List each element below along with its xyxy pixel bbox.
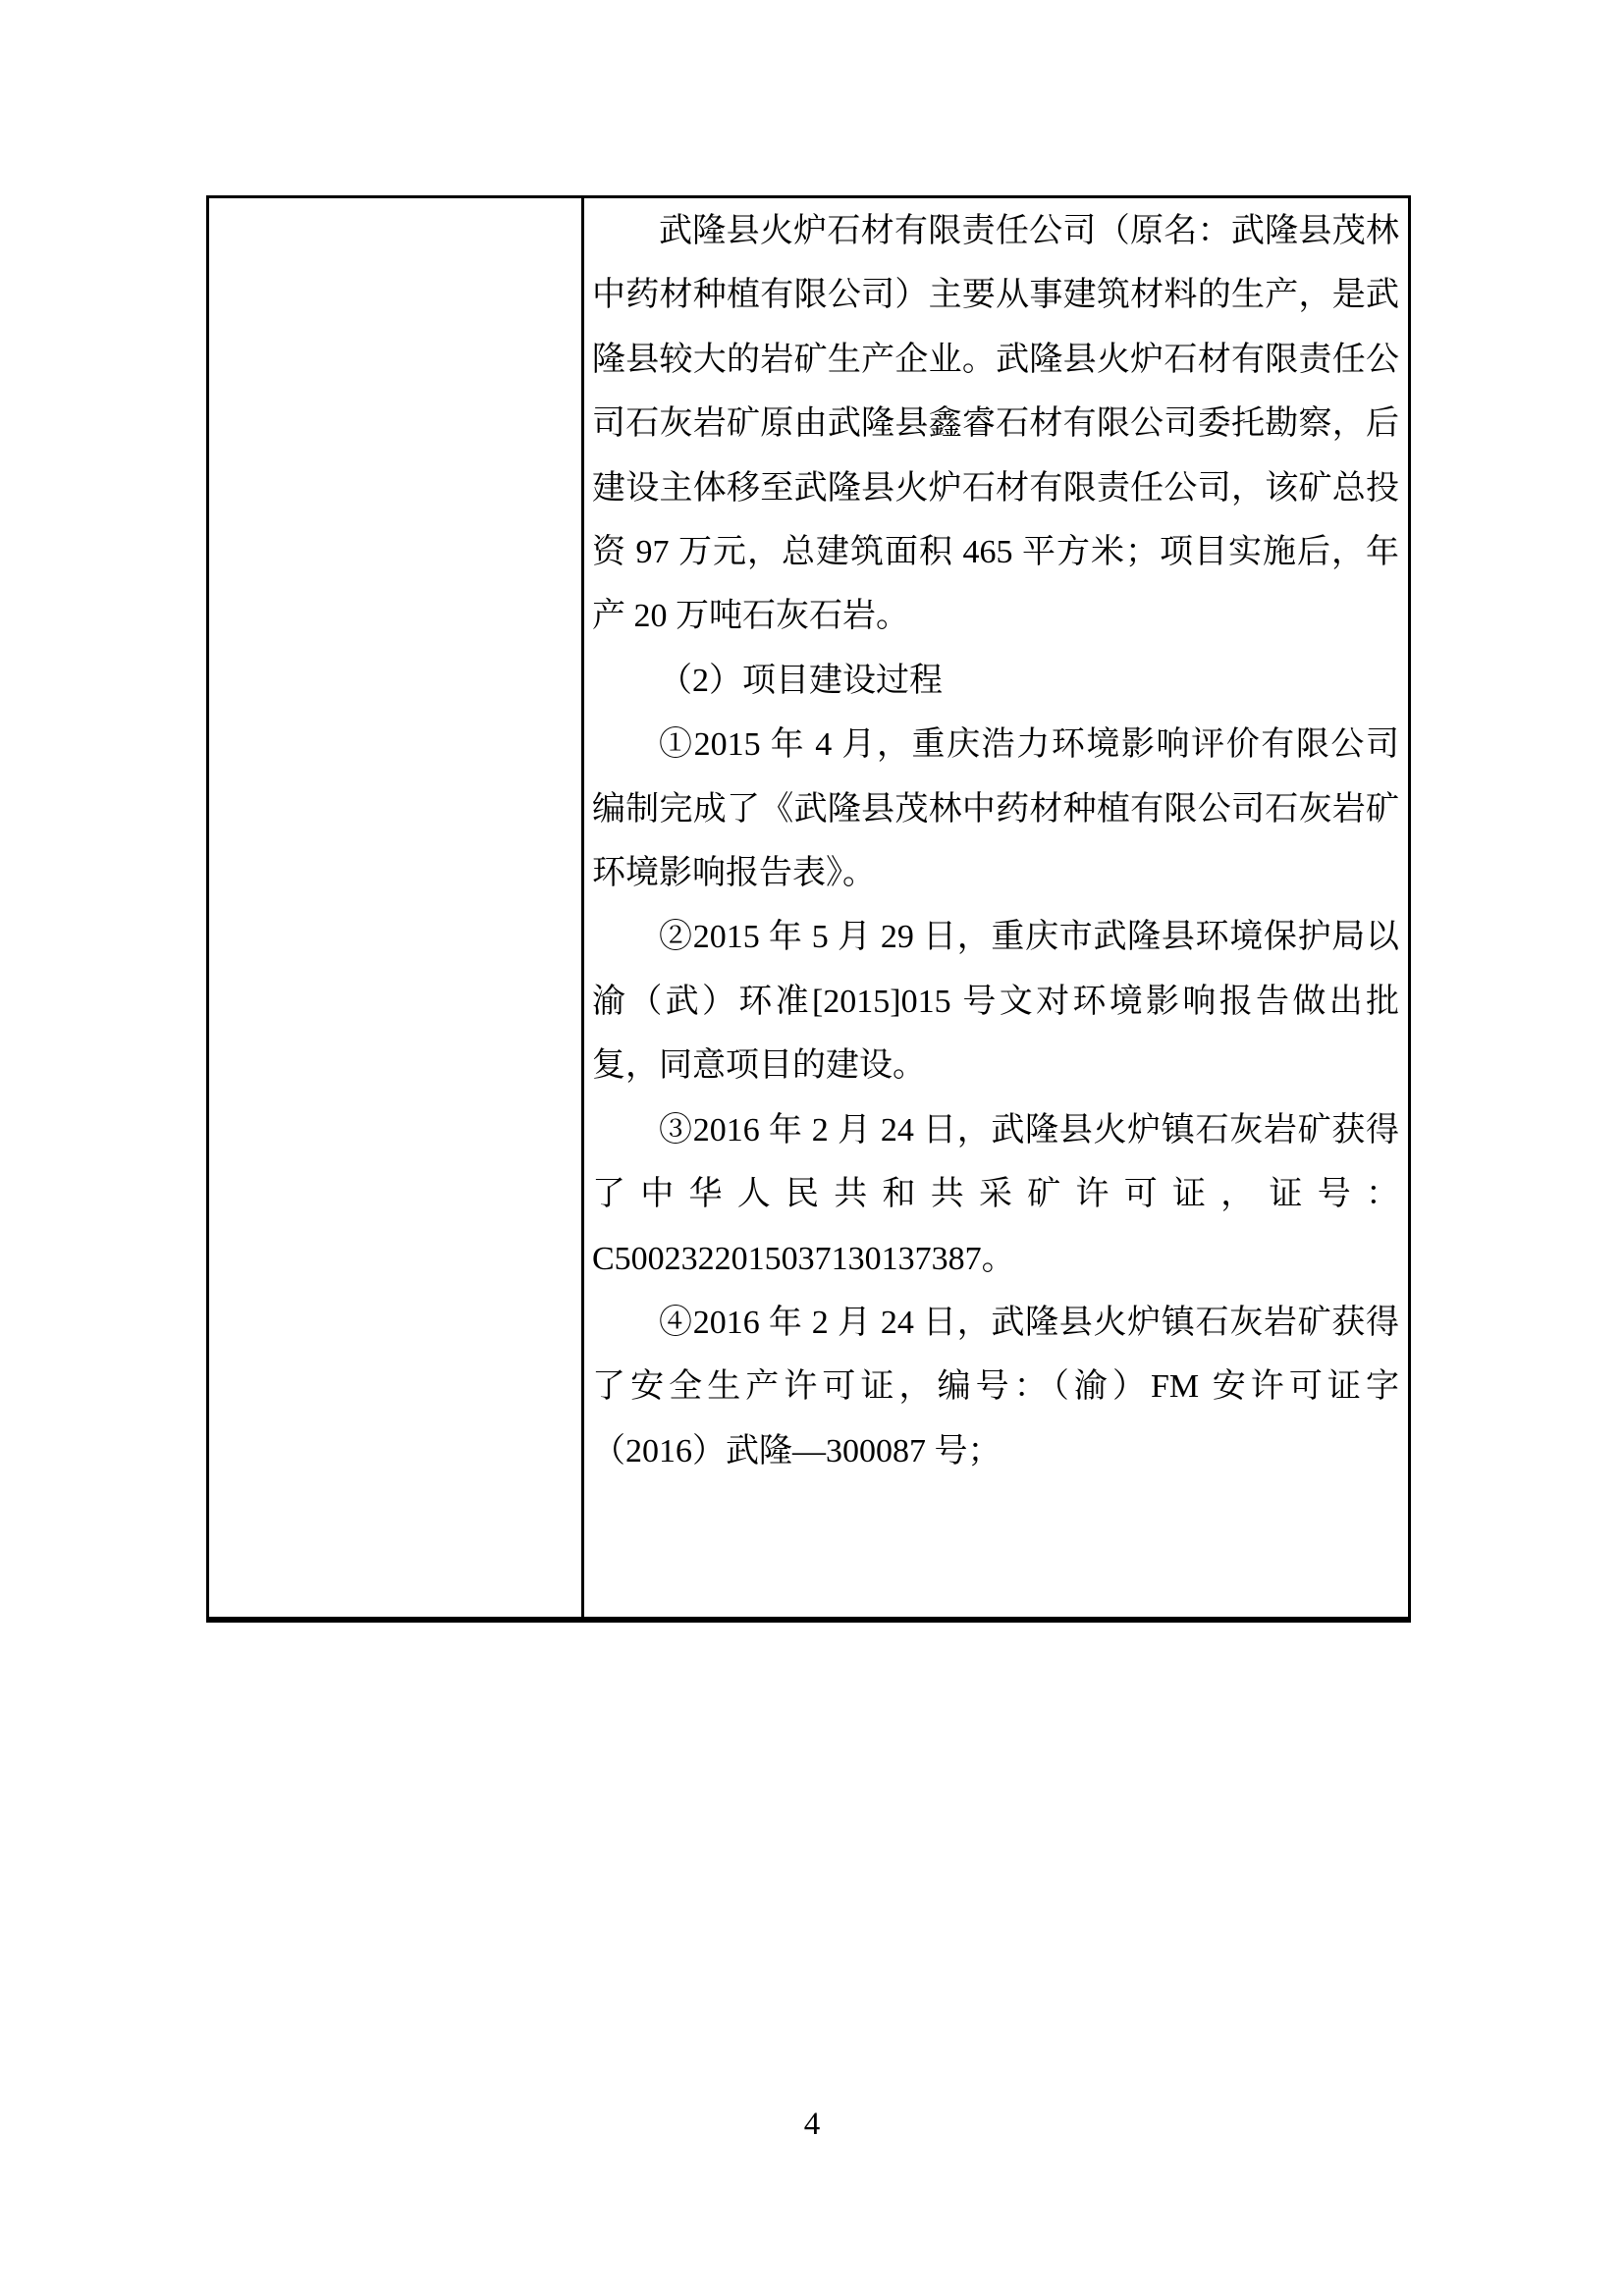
paragraph-step-1-eia-report: ①2015 年 4 月，重庆浩力环境影响评价有限公司编制完成了《武隆县茂林中药材… <box>592 713 1399 905</box>
paragraph-company-overview: 武隆县火炉石材有限责任公司（原名：武隆县茂林中药材种植有限公司）主要从事建筑材料… <box>592 199 1399 649</box>
page-number: 4 <box>0 2103 1624 2146</box>
paragraph-step-2-approval: ②2015 年 5 月 29 日，重庆市武隆县环境保护局以渝（武）环准[2015… <box>592 905 1399 1097</box>
content-table: 武隆县火炉石材有限责任公司（原名：武隆县茂林中药材种植有限公司）主要从事建筑材料… <box>206 195 1411 1623</box>
document-page: 武隆县火炉石材有限责任公司（原名：武隆县茂林中药材种植有限公司）主要从事建筑材料… <box>0 0 1624 2296</box>
paragraph-step-3-mining-license: ③2016 年 2 月 24 日，武隆县火炉镇石灰岩矿获得了中华人民共和共采矿许… <box>592 1098 1399 1291</box>
paragraph-step-4-safety-license: ④2016 年 2 月 24 日，武隆县火炉镇石灰岩矿获得了安全生产许可证，编号… <box>592 1291 1399 1483</box>
table-cell-content: 武隆县火炉石材有限责任公司（原名：武隆县茂林中药材种植有限公司）主要从事建筑材料… <box>584 198 1408 1617</box>
paragraph-section-heading-construction-process: （2）项目建设过程 <box>592 649 1399 713</box>
table-cell-left-empty <box>209 198 584 1617</box>
